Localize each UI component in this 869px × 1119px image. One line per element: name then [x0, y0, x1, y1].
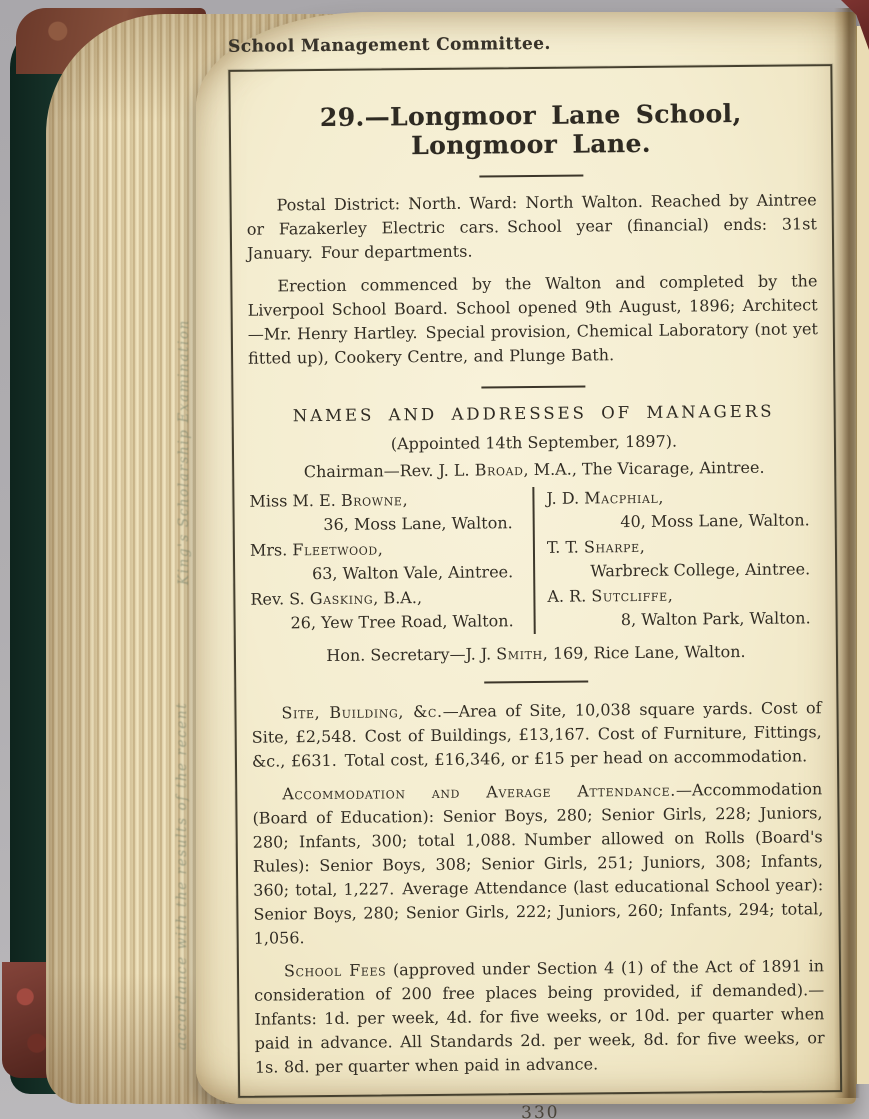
page-number: 330	[238, 1100, 842, 1119]
manager-address: Warbreck College, Aintree.	[547, 557, 820, 584]
manager-surname: Macphial	[584, 488, 658, 508]
manager-name: Mrs. Fleetwood,	[250, 536, 523, 563]
content-border-box: 29.—Longmoor Lane School, Longmoor Lane.…	[228, 64, 842, 1098]
manager-name: A. R. Sutcliffe,	[547, 582, 820, 609]
secretary-pre: Hon. Secretary—J. J.	[326, 644, 496, 665]
managers-heading: NAMES AND ADDRESSES OF MANAGERS	[249, 401, 819, 425]
manager-name: J. D. Macphial,	[546, 484, 819, 511]
erection-text: Erection commenced by the Walton and com…	[248, 271, 818, 367]
manager-name-pre: Miss M. E.	[249, 491, 341, 511]
manager-name-post: ,	[640, 537, 645, 556]
accommodation-text: —Accommodation (Board of Education): Sen…	[252, 779, 823, 947]
manager-name-pre: T. T.	[547, 538, 584, 557]
manager-surname: Gasking	[310, 589, 374, 609]
intro-paragraph: Postal District: North. Ward: North Walt…	[247, 188, 818, 265]
chairman-post: , M.A., The Vicarage, Aintree.	[523, 458, 764, 479]
fees-lead: School Fees	[284, 960, 386, 980]
manager-name-pre: Mrs.	[250, 540, 293, 559]
chairman-pre: Chairman—Rev. J. L.	[304, 461, 475, 482]
manager-address: 26, Yew Tree Road, Walton.	[251, 609, 524, 636]
manager-surname: Browne	[341, 490, 403, 510]
book-scan-photo: King's Scholarship Examination accordanc…	[0, 0, 869, 1119]
erection-paragraph: Erection commenced by the Walton and com…	[247, 269, 818, 370]
secretary-line: Hon. Secretary—J. J. Smith, 169, Rice La…	[251, 641, 821, 665]
adjacent-page-sliver	[856, 26, 869, 1084]
manager-name: T. T. Sharpe,	[547, 533, 820, 560]
manager-name-pre: A. R.	[547, 586, 591, 605]
printed-content: School Management Committee. 29.—Longmoo…	[228, 31, 842, 1119]
managers-column-right: J. D. Macphial, 40, Moss Lane, Walton. T…	[534, 484, 820, 634]
manager-name-post: ,	[658, 488, 663, 507]
margin-showthrough-text-bottom: accordance with the results of the recen…	[174, 610, 190, 1050]
accommodation-paragraph: Accommodation and Average Attendance.—Ac…	[252, 777, 824, 950]
manager-name-post: ,	[402, 490, 407, 509]
chairman-name: Broad	[475, 460, 524, 479]
secretary-post: , 169, Rice Lane, Walton.	[543, 642, 746, 663]
entry-title: 29.—Longmoor Lane School, Longmoor Lane.	[246, 98, 817, 161]
manager-address: 63, Walton Vale, Aintree.	[250, 560, 523, 587]
divider-rule	[479, 174, 583, 177]
manager-address: 8, Walton Park, Walton.	[548, 606, 821, 633]
managers-columns: Miss M. E. Browne, 36, Moss Lane, Walton…	[249, 484, 820, 636]
secretary-name: Smith	[496, 644, 543, 663]
manager-name-post: , B.A.,	[373, 588, 422, 607]
manager-name: Miss M. E. Browne,	[249, 487, 522, 514]
manager-address: 40, Moss Lane, Walton.	[547, 508, 820, 535]
divider-rule	[481, 385, 585, 388]
manager-name: Rev. S. Gasking, B.A.,	[250, 585, 523, 612]
manager-name-pre: Rev. S.	[250, 589, 310, 609]
manager-surname: Sharpe	[584, 537, 640, 557]
divider-rule	[484, 680, 588, 683]
fees-paragraph: School Fees (approved under Section 4 (1…	[254, 954, 825, 1079]
managers-column-left: Miss M. E. Browne, 36, Moss Lane, Walton…	[249, 487, 535, 637]
margin-showthrough-text-top: King's Scholarship Examination	[176, 155, 192, 585]
intro-text: Postal District: North. Ward: North Walt…	[247, 190, 817, 262]
manager-name-post: ,	[668, 586, 673, 605]
manager-address: 36, Moss Lane, Walton.	[250, 511, 523, 538]
accommodation-lead: Accommodation and Average Attendance.	[282, 781, 676, 804]
manager-surname: Sutcliffe	[591, 586, 668, 606]
manager-name-post: ,	[378, 539, 383, 558]
chairman-line: Chairman—Rev. J. L. Broad, M.A., The Vic…	[249, 457, 819, 481]
managers-appointed-line: (Appointed 14th September, 1897).	[249, 430, 819, 454]
site-paragraph: Site, Building, &c.—Area of Site, 10,038…	[251, 696, 822, 773]
manager-surname: Fleetwood	[292, 539, 378, 559]
manager-name-pre: J. D.	[546, 489, 584, 508]
site-lead: Site, Building, &c.	[281, 702, 442, 723]
